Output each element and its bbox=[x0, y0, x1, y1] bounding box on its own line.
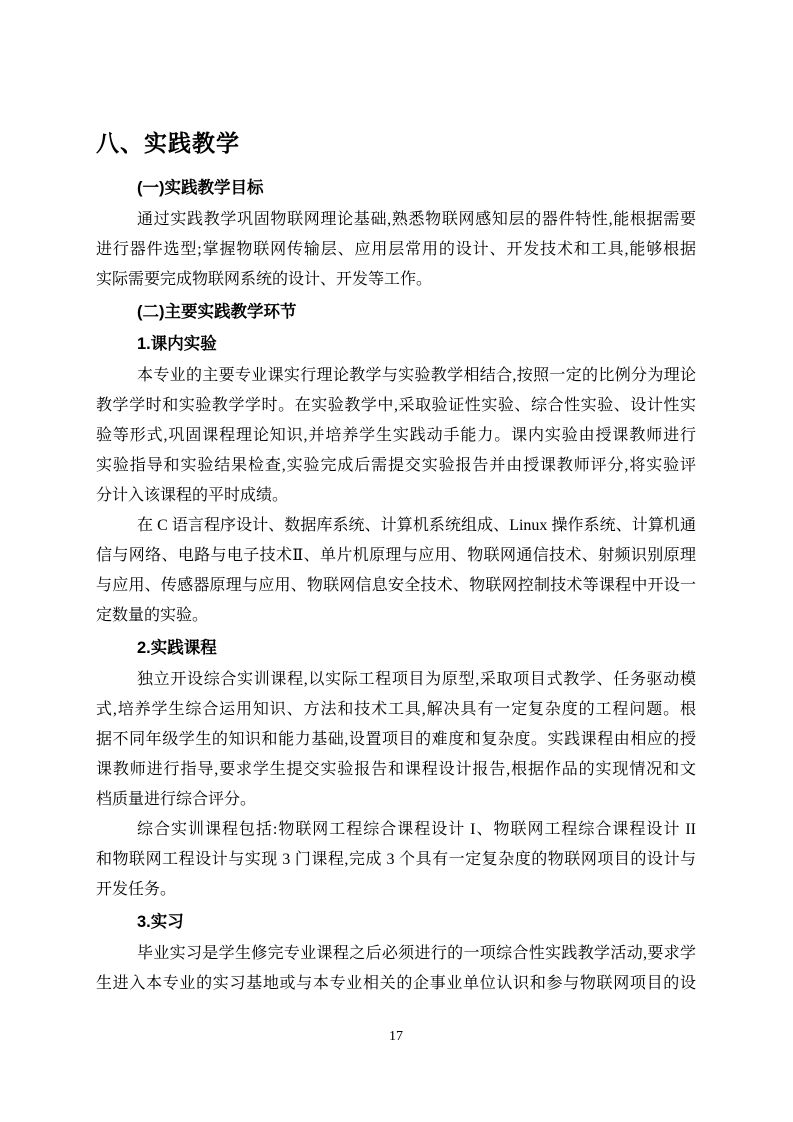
text-line: 进行器件选型;掌握物联网传输层、应用层常用的设计、开发技术和工具,能够根据 bbox=[96, 235, 696, 265]
page-number: 17 bbox=[96, 1027, 696, 1047]
text-line: 定数量的实验。 bbox=[96, 601, 696, 631]
text-line: 验等形式,巩固课程理论知识,并培养学生实践动手能力。课内实验由授课教师进行 bbox=[96, 421, 696, 451]
paragraph-internship: 毕业实习是学生修完专业课程之后必须进行的一项综合性实践教学活动,要求学 生进入本… bbox=[96, 939, 696, 999]
text-line: 本专业的主要专业课实行理论教学与实验教学相结合,按照一定的比例分为理论 bbox=[96, 361, 696, 391]
subsection-heading-goal: (一)实践教学目标 bbox=[96, 173, 696, 203]
text-line: 开发任务。 bbox=[96, 875, 696, 905]
paragraph-course-list: 在 C 语言程序设计、数据库系统、计算机系统组成、Linux 操作系统、计算机通… bbox=[96, 511, 696, 631]
text-line: 档质量进行综合评分。 bbox=[96, 785, 696, 815]
document-page: 八、实践教学 (一)实践教学目标 通过实践教学巩固物联网理论基础,熟悉物联网感知… bbox=[0, 0, 793, 1122]
text-line: 分计入该课程的平时成绩。 bbox=[96, 481, 696, 511]
text-line: 据不同年级学生的知识和能力基础,设置项目的难度和复杂度。实践课程由相应的授 bbox=[96, 725, 696, 755]
subsection-heading-links: (二)主要实践教学环节 bbox=[96, 297, 696, 327]
paragraph-training-courses: 综合实训课程包括:物联网工程综合课程设计 I、物联网工程综合课程设计 II 和物… bbox=[96, 815, 696, 905]
numbered-heading-3: 3.实习 bbox=[96, 907, 696, 937]
text-line: 毕业实习是学生修完专业课程之后必须进行的一项综合性实践教学活动,要求学 bbox=[96, 939, 696, 969]
text-line: 信与网络、电路与电子技术Ⅱ、单片机原理与应用、物联网通信技术、射频识别原理 bbox=[96, 541, 696, 571]
text-line: 独立开设综合实训课程,以实际工程项目为原型,采取项目式教学、任务驱动模 bbox=[96, 665, 696, 695]
chapter-heading: 八、实践教学 bbox=[96, 123, 696, 163]
text-line: 式,培养学生综合运用知识、方法和技术工具,解决具有一定复杂度的工程问题。根 bbox=[96, 695, 696, 725]
text-line: 实际需要完成物联网系统的设计、开发等工作。 bbox=[96, 265, 696, 295]
text-line: 实验指导和实验结果检查,实验完成后需提交实验报告并由授课教师评分,将实验评 bbox=[96, 451, 696, 481]
numbered-heading-2: 2.实践课程 bbox=[96, 633, 696, 663]
text-line: 在 C 语言程序设计、数据库系统、计算机系统组成、Linux 操作系统、计算机通 bbox=[96, 511, 696, 541]
paragraph-goal: 通过实践教学巩固物联网理论基础,熟悉物联网感知层的器件特性,能根据需要 进行器件… bbox=[96, 205, 696, 295]
text-line: 通过实践教学巩固物联网理论基础,熟悉物联网感知层的器件特性,能根据需要 bbox=[96, 205, 696, 235]
text-line: 综合实训课程包括:物联网工程综合课程设计 I、物联网工程综合课程设计 II bbox=[96, 815, 696, 845]
text-line: 生进入本专业的实习基地或与本专业相关的企事业单位认识和参与物联网项目的设 bbox=[96, 969, 696, 999]
numbered-heading-1: 1.课内实验 bbox=[96, 329, 696, 359]
text-line: 与应用、传感器原理与应用、物联网信息安全技术、物联网控制技术等课程中开设一 bbox=[96, 571, 696, 601]
text-line: 课教师进行指导,要求学生提交实验报告和课程设计报告,根据作品的实现情况和文 bbox=[96, 755, 696, 785]
text-line: 和物联网工程设计与实现 3 门课程,完成 3 个具有一定复杂度的物联网项目的设计… bbox=[96, 845, 696, 875]
paragraph-in-class-experiments: 本专业的主要专业课实行理论教学与实验教学相结合,按照一定的比例分为理论 教学学时… bbox=[96, 361, 696, 511]
text-line: 教学学时和实验教学学时。在实验教学中,采取验证性实验、综合性实验、设计性实 bbox=[96, 391, 696, 421]
paragraph-practice-courses: 独立开设综合实训课程,以实际工程项目为原型,采取项目式教学、任务驱动模 式,培养… bbox=[96, 665, 696, 815]
